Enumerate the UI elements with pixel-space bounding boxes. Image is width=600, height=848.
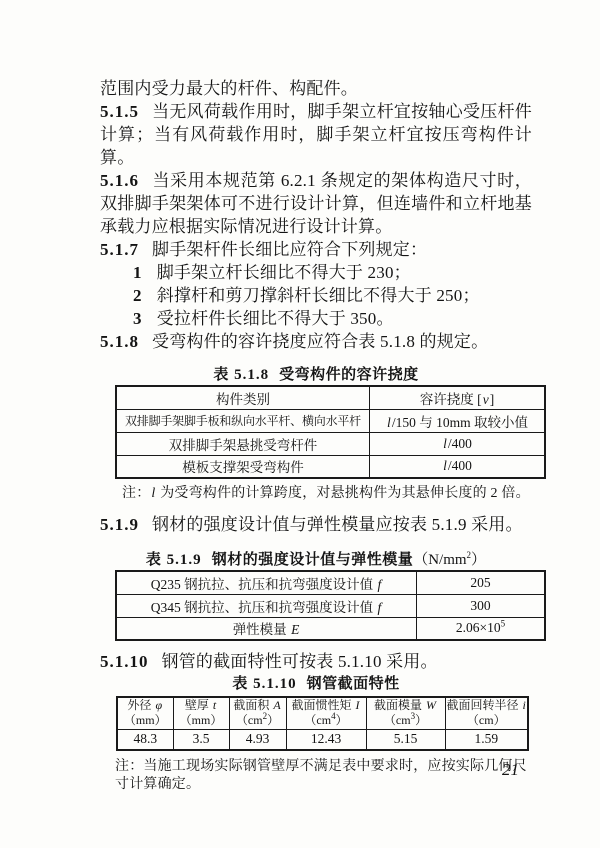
list-item-text: 斜撑杆和剪刀撑斜杆长细比不得大于 250； — [157, 286, 480, 305]
property-text: 弹性模量 — [233, 622, 287, 637]
table-5-1-9: Q235 钢抗拉、抗压和抗弯强度设计值 f 205 Q345 钢抗拉、抗压和抗弯… — [115, 570, 546, 641]
value-text: /400 — [448, 436, 472, 451]
header-text: 容许挠度 [ — [420, 392, 482, 407]
table-5-1-10-caption: 表 5.1.10钢管截面特性 — [100, 674, 532, 694]
clause-text: 钢材的强度设计值与弹性模量应按表 5.1.9 采用。 — [152, 515, 523, 534]
table-5-1-10-note: 注：当施工现场实际钢管壁厚不满足表中要求时，应按实际几何尺寸计算确定。 — [115, 758, 532, 794]
clause-5-1-5: 5.1.5当无风荷载作用时，脚手架立杆宜按轴心受压杆件计算；当有风荷载作用时，脚… — [100, 100, 532, 169]
cell-property: 弹性模量 E — [116, 617, 417, 640]
cell-value: 5.15 — [366, 729, 445, 750]
cell-property: Q235 钢抗拉、抗压和抗弯强度设计值 f — [116, 571, 417, 594]
table-5-1-8-caption: 表 5.1.8受弯构件的容许挠度 — [100, 365, 532, 385]
clause-text: 钢管的截面特性可按表 5.1.10 采用。 — [162, 652, 438, 671]
clause-5-1-9: 5.1.9钢材的强度设计值与弹性模量应按表 5.1.9 采用。 — [100, 513, 532, 536]
value-exponent: 5 — [501, 619, 506, 629]
list-item-2: 2斜撑杆和剪刀撑斜杆长细比不得大于 250； — [100, 284, 532, 307]
note-text: 当施工现场实际钢管壁厚不满足表中要求时，应按实际几何尺寸计算确定。 — [115, 759, 527, 792]
table-row: 模板支撑架受弯构件 l/400 — [116, 455, 545, 478]
modulus-symbol: E — [290, 622, 300, 637]
property-text: Q235 钢抗拉、抗压和抗弯强度设计值 — [151, 577, 373, 592]
table-header-row: 构件类别 容许挠度 [ν] — [116, 386, 545, 409]
list-item-number: 2 — [133, 286, 142, 305]
list-item-number: 3 — [133, 309, 142, 328]
header-cell-section-modulus: 截面模量 W（cm3） — [366, 697, 445, 729]
header-text: ] — [490, 392, 495, 407]
list-item-1: 1脚手架立杆长细比不得大于 230； — [100, 261, 532, 284]
list-item-text: 脚手架立杆长细比不得大于 230； — [157, 263, 411, 282]
document-page-content: 范围内受力最大的杆件、构配件。 5.1.5当无风荷载作用时，脚手架立杆宜按轴心受… — [100, 77, 532, 794]
header-cell-section-area: 截面积 A（cm2） — [229, 697, 286, 729]
table-caption-title: 钢管截面特性 — [307, 676, 400, 692]
strength-symbol: f — [376, 600, 382, 615]
clause-5-1-6: 5.1.6当采用本规范第 6.2.1 条规定的架体构造尺寸时，双排脚手架架体可不… — [100, 169, 532, 238]
table-header-row: 外径 φ（mm） 壁厚 t（mm） 截面积 A（cm2） 截面惯性矩 I（cm4… — [117, 697, 528, 729]
note-text: 为受弯构件的计算跨度，对悬挑构件为其悬伸长度的 2 倍。 — [160, 486, 530, 501]
cell-value: 48.3 — [117, 729, 173, 750]
deflection-symbol: ν — [482, 392, 490, 407]
clause-text: 当采用本规范第 6.2.1 条规定的架体构造尺寸时，双排脚手架架体可不进行设计计… — [100, 171, 532, 236]
table-5-1-8: 构件类别 容许挠度 [ν] 双排脚手架脚手板和纵向水平杆、横向水平杆 l/150… — [115, 385, 546, 479]
paragraph-continuation: 范围内受力最大的杆件、构配件。 — [100, 77, 532, 100]
cell-value: 4.93 — [229, 729, 286, 750]
strength-symbol: f — [376, 577, 382, 592]
cell-member-type: 双排脚手架悬挑受弯杆件 — [116, 432, 370, 455]
cell-value: 2.06×105 — [417, 617, 546, 640]
cell-deflection-value: l/400 — [370, 432, 546, 455]
table-row: 双排脚手架脚手板和纵向水平杆、横向水平杆 l/150 与 10mm 取较小值 — [116, 409, 545, 432]
header-cell-radius-of-gyration: 截面回转半径 i（cm） — [445, 697, 528, 729]
cell-member-type: 双排脚手架脚手板和纵向水平杆、横向水平杆 — [116, 409, 370, 432]
table-5-1-9-caption: 表 5.1.9钢材的强度设计值与弹性模量（N/mm2） — [100, 550, 532, 570]
span-symbol: l — [150, 486, 156, 501]
table-5-1-10: 外径 φ（mm） 壁厚 t（mm） 截面积 A（cm2） 截面惯性矩 I（cm4… — [116, 696, 529, 751]
table-row: 弹性模量 E 2.06×105 — [116, 617, 545, 640]
cell-value: 12.43 — [286, 729, 366, 750]
clause-5-1-10: 5.1.10钢管的截面特性可按表 5.1.10 采用。 — [100, 650, 532, 673]
property-text: Q345 钢抗拉、抗压和抗弯强度设计值 — [151, 600, 373, 615]
table-caption-label: 表 5.1.8 — [213, 367, 269, 383]
clause-5-1-7: 5.1.7脚手架杆件长细比应符合下列规定： — [100, 238, 532, 261]
table-caption-title: 受弯构件的容许挠度 — [279, 367, 419, 383]
table-caption-unit: （N/mm2） — [413, 552, 486, 568]
table-caption-label: 表 5.1.10 — [232, 676, 296, 692]
value-text: 300 — [470, 598, 490, 613]
note-label: 注： — [115, 759, 143, 774]
table-row: Q345 钢抗拉、抗压和抗弯强度设计值 f 300 — [116, 594, 545, 617]
cell-deflection-value: l/150 与 10mm 取较小值 — [370, 409, 546, 432]
table-row: Q235 钢抗拉、抗压和抗弯强度设计值 f 205 — [116, 571, 545, 594]
table-data-row: 48.3 3.5 4.93 12.43 5.15 1.59 — [117, 729, 528, 750]
table-caption-label: 表 5.1.9 — [146, 552, 202, 568]
cell-value: 3.5 — [173, 729, 229, 750]
clause-5-1-8: 5.1.8受弯构件的容许挠度应符合表 5.1.8 的规定。 — [100, 330, 532, 353]
note-label: 注： — [122, 486, 150, 501]
table-row: 双排脚手架悬挑受弯杆件 l/400 — [116, 432, 545, 455]
header-cell-moment-of-inertia: 截面惯性矩 I（cm4） — [286, 697, 366, 729]
value-text: 2.06×10 — [456, 620, 501, 635]
table-caption-title: 钢材的强度设计值与弹性模量 — [212, 552, 414, 568]
clause-number: 5.1.7 — [100, 240, 139, 259]
cell-deflection-value: l/400 — [370, 455, 546, 478]
clause-number: 5.1.10 — [100, 652, 149, 671]
clause-text: 脚手架杆件长细比应符合下列规定： — [152, 240, 427, 259]
clause-text: 受弯构件的容许挠度应符合表 5.1.8 的规定。 — [152, 332, 488, 351]
cell-value: 1.59 — [445, 729, 528, 750]
clause-number: 5.1.5 — [100, 102, 139, 121]
header-cell: 容许挠度 [ν] — [370, 386, 546, 409]
list-item-3: 3受拉杆件长细比不得大于 350。 — [100, 307, 532, 330]
table-5-1-8-note: 注：l 为受弯构件的计算跨度，对悬挑构件为其悬伸长度的 2 倍。 — [122, 485, 532, 503]
clause-text: 当无风荷载作用时，脚手架立杆宜按轴心受压杆件计算；当有风荷载作用时，脚手架立杆宜… — [100, 102, 532, 167]
cell-member-type: 模板支撑架受弯构件 — [116, 455, 370, 478]
value-text: /150 与 10mm 取较小值 — [392, 415, 528, 430]
header-cell-outer-diameter: 外径 φ（mm） — [117, 697, 173, 729]
list-item-number: 1 — [133, 263, 142, 282]
cell-value: 300 — [417, 594, 546, 617]
header-cell: 构件类别 — [116, 386, 370, 409]
header-cell-wall-thickness: 壁厚 t（mm） — [173, 697, 229, 729]
cell-property: Q345 钢抗拉、抗压和抗弯强度设计值 f — [116, 594, 417, 617]
clause-number: 5.1.6 — [100, 171, 139, 190]
clause-number: 5.1.8 — [100, 332, 139, 351]
list-item-text: 受拉杆件长细比不得大于 350。 — [157, 309, 394, 328]
value-text: 205 — [470, 575, 490, 590]
clause-number: 5.1.9 — [100, 515, 139, 534]
cell-value: 205 — [417, 571, 546, 594]
value-text: /400 — [448, 458, 472, 473]
page-number: 21 — [502, 760, 519, 780]
